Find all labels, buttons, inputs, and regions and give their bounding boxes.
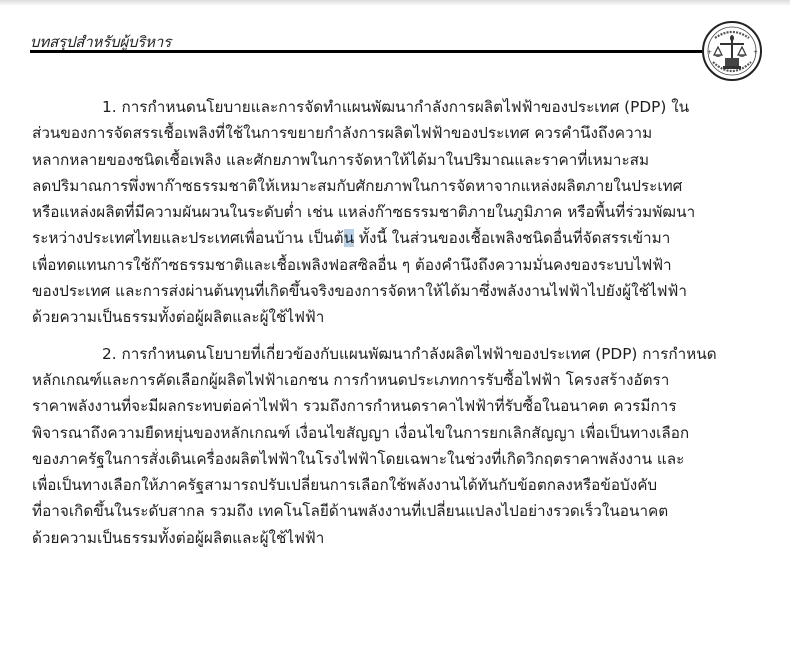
paragraph-1: 1. การกำหนดนโยบายและการจัดทำแผนพัฒนากำลั… [32,94,762,331]
text-selection[interactable]: น [344,229,354,247]
text-line: หรือแหล่งผลิตที่มีความผันผวนในระดับต่ำ เ… [32,199,762,225]
text-line: เพื่อเป็นทางเลือกให้ภาครัฐสามารถปรับเปลี… [32,472,762,498]
text-line: 2. การกำหนดนโยบายที่เกี่ยวข้องกับแผนพัฒน… [32,341,762,367]
text-line: 1. การกำหนดนโยบายและการจัดทำแผนพัฒนากำลั… [32,94,762,120]
svg-text:+: + [707,49,712,56]
window-top-edge [0,0,790,6]
text-line: ด้วยความเป็นธรรมทั้งต่อผู้ผลิตและผู้ใช้ไ… [32,304,762,330]
text-line: ส่วนของการจัดสรรเชื้อเพลิงที่ใช้ในการขยา… [32,120,762,146]
text-line: ราคาพลังงานที่จะมีผลกระทบต่อค่าไฟฟ้า รวม… [32,393,762,419]
text-line: ด้วยความเป็นธรรมทั้งต่อผู้ผลิตและผู้ใช้ไ… [32,525,762,551]
text-line: หลักเกณฑ์และการคัดเลือกผู้ผลิตไฟฟ้าเอกชน… [32,367,762,393]
text-line: ลดปริมาณการพึ่งพาก๊าซธรรมชาติให้เหมาะสมก… [32,173,762,199]
text-line: ที่อาจเกิดขึ้นในระดับสากล รวมถึง เทคโนโล… [32,498,762,524]
text-line: ของประเทศ และการส่งผ่านต้นทุนที่เกิดขึ้น… [32,278,762,304]
paragraph-2: 2. การกำหนดนโยบายที่เกี่ยวข้องกับแผนพัฒน… [32,341,762,551]
text-segment: ระหว่างประเทศไทยและประเทศเพื่อนบ้าน เป็น… [32,229,344,247]
page-header: บทสรุปสำหรับผู้บริหาร + + [30,30,790,90]
office-seal-icon: + + [701,20,763,82]
header-divider [30,50,702,53]
text-line: ของภาครัฐในการสั่งเดินเครื่องผลิตไฟฟ้าใน… [32,446,762,472]
text-line: เพื่อทดแทนการใช้ก๊าซธรรมชาติและเชื้อเพลิ… [32,252,762,278]
text-line-with-selection[interactable]: ระหว่างประเทศไทยและประเทศเพื่อนบ้าน เป็น… [32,225,762,251]
document-body: 1. การกำหนดนโยบายและการจัดทำแผนพัฒนากำลั… [32,94,762,561]
text-segment: ทั้งนี้ ในส่วนของเชื้อเพลิงชนิดอื่นที่จั… [354,229,670,247]
text-line: หลากหลายของชนิดเชื้อเพลิง และศักยภาพในกา… [32,147,762,173]
text-line: พิจารณาถึงความยืดหยุ่นของหลักเกณฑ์ เงื่อ… [32,420,762,446]
svg-text:+: + [753,49,758,56]
